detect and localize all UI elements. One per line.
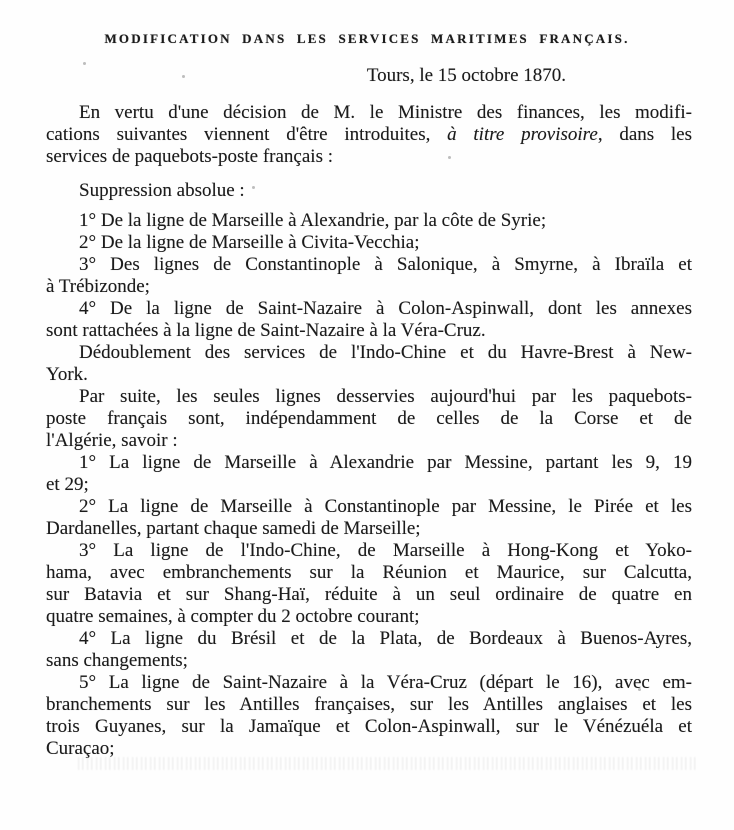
scan-speck	[83, 62, 86, 65]
text-line: cations suivantes viennent d'être introd…	[46, 124, 692, 146]
list-item-line: 5° La ligne de Saint-Nazaire à la Véra-C…	[46, 672, 692, 694]
section-heading-line: Suppression absolue :	[46, 180, 692, 202]
text-line: sans changements;	[46, 650, 692, 672]
document-title: MODIFICATION DANS LES SERVICES MARITIMES…	[0, 31, 734, 47]
text-line: branchements sur les Antilles françaises…	[46, 694, 692, 716]
scanned-document-page: MODIFICATION DANS LES SERVICES MARITIMES…	[0, 0, 734, 830]
text-line: l'Algérie, savoir :	[46, 430, 692, 452]
list-item-line: 4° De la ligne de Saint-Nazaire à Colon-…	[46, 298, 692, 320]
text-line: poste français sont, indépendamment de c…	[46, 408, 692, 430]
dateline: Tours, le 15 octobre 1870.	[45, 65, 566, 87]
text-line: et 29;	[46, 474, 692, 496]
text-line: hama, avec embranchements sur la Réunion…	[46, 562, 692, 584]
text-line: quatre semaines, à compter du 2 octobre …	[46, 606, 692, 628]
text-segment: cations suivantes viennent d'être introd…	[46, 124, 447, 145]
italic-text-segment: à titre provisoire	[447, 124, 598, 145]
list-item-line: 1° La ligne de Marseille à Alexandrie pa…	[46, 452, 692, 474]
text-line: Par suite, les seules lignes desservies …	[46, 386, 692, 408]
text-line: York.	[46, 364, 692, 386]
cutoff-text-artifact	[78, 757, 698, 770]
list-item-line: 2° La ligne de Marseille à Constantinopl…	[46, 496, 692, 518]
text-line: sur Batavia et sur Shang-Haï, réduite à …	[46, 584, 692, 606]
list-item-line: 4° La ligne du Brésil et de la Plata, de…	[46, 628, 692, 650]
scan-speck	[638, 688, 641, 691]
scan-speck	[182, 75, 185, 78]
text-line: En vertu d'une décision de M. le Ministr…	[46, 102, 692, 124]
document-body: En vertu d'une décision de M. le Ministr…	[46, 102, 692, 760]
text-line: services de paquebots-poste français :	[46, 146, 692, 168]
list-item-line: 1° De la ligne de Marseille à Alexandrie…	[46, 210, 692, 232]
text-line: Dédoublement des services de l'Indo-Chin…	[46, 342, 692, 364]
list-item-line: 2° De la ligne de Marseille à Civita-Vec…	[46, 232, 692, 254]
scan-speck	[448, 156, 451, 159]
text-line: Dardanelles, partant chaque samedi de Ma…	[46, 518, 692, 540]
text-line: sont rattachées à la ligne de Saint-Naza…	[46, 320, 692, 342]
scan-speck	[252, 186, 255, 189]
list-item-line: 3° Des lignes de Constantinople à Saloni…	[46, 254, 692, 276]
text-line: à Trébizonde;	[46, 276, 692, 298]
list-item-line: 3° La ligne de l'Indo-Chine, de Marseill…	[46, 540, 692, 562]
text-line: trois Guyanes, sur la Jamaïque et Colon-…	[46, 716, 692, 738]
text-segment: , dans les	[598, 124, 692, 145]
